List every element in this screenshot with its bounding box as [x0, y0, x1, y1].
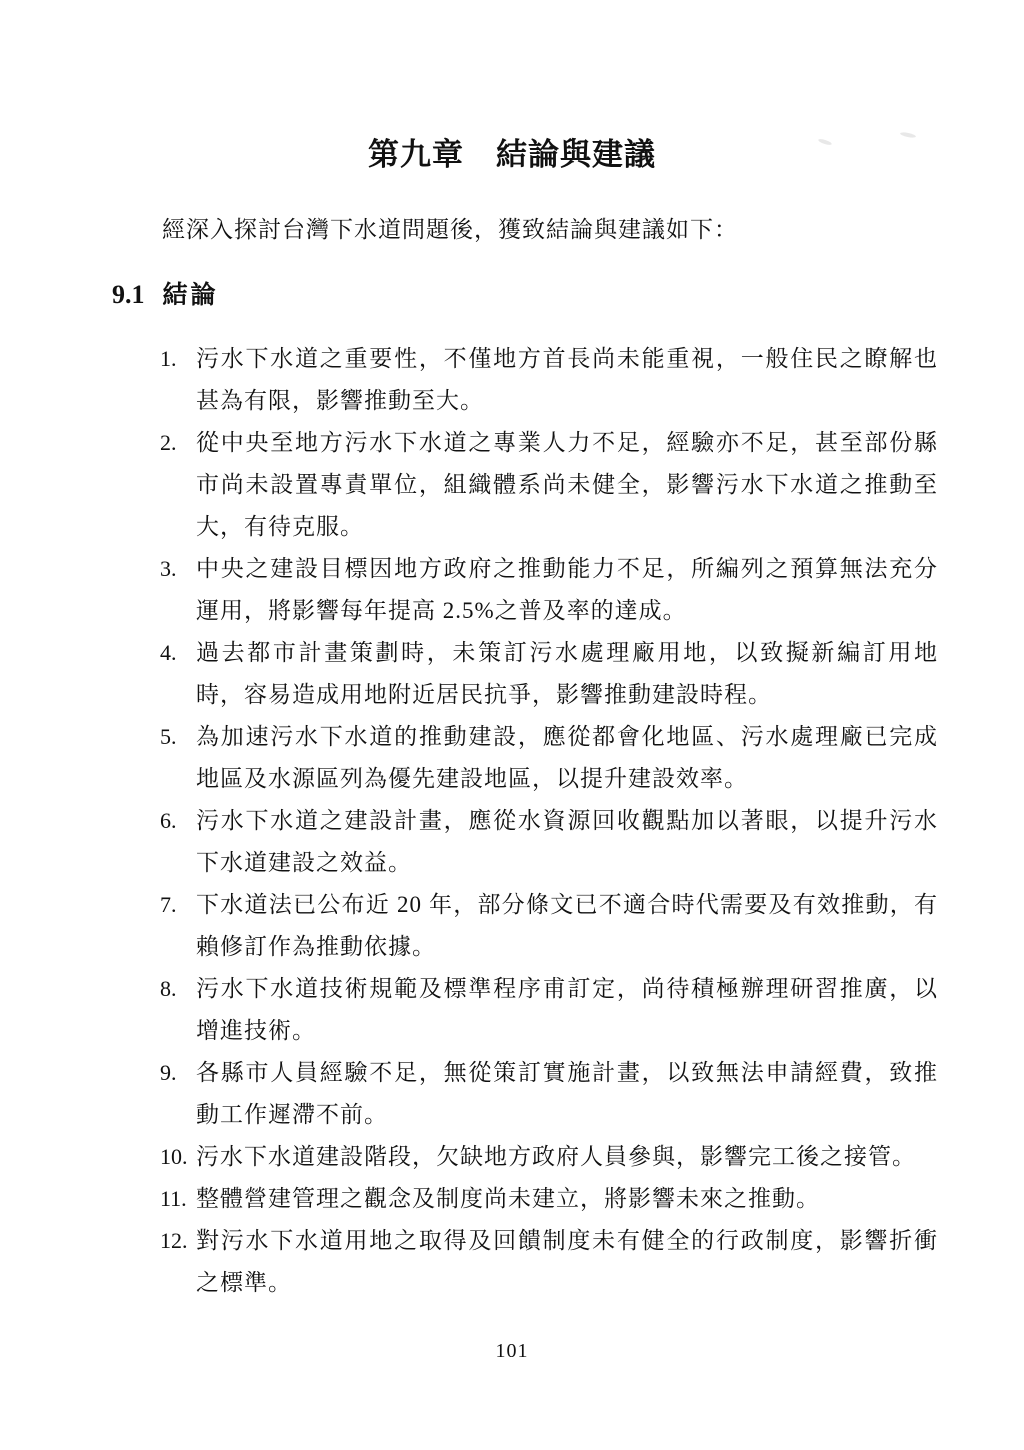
list-item: 6. 污水下水道之建設計畫，應從水資源回收觀點加以著眼，以提升污水下水道建設之效…	[160, 800, 938, 884]
list-item-text: 污水下水道建設階段，欠缺地方政府人員參與，影響完工後之接管。	[196, 1136, 938, 1178]
list-item: 3. 中央之建設目標因地方政府之推動能力不足，所編列之預算無法充分運用，將影響每…	[160, 548, 938, 632]
list-item-text: 過去都市計畫策劃時，未策訂污水處理廠用地，以致擬新編訂用地時，容易造成用地附近居…	[196, 632, 938, 716]
list-item-number: 2.	[160, 422, 196, 464]
list-item: 8. 污水下水道技術規範及標準程序甫訂定，尚待積極辦理研習推廣，以增進技術。	[160, 968, 938, 1052]
list-item-text: 為加速污水下水道的推動建設，應從都會化地區、污水處理廠已完成地區及水源區列為優先…	[196, 716, 938, 800]
page-number: 101	[0, 1340, 1024, 1363]
list-item-text: 污水下水道技術規範及標準程序甫訂定，尚待積極辦理研習推廣，以增進技術。	[196, 968, 938, 1052]
list-item-text: 下水道法已公布近 20 年，部分條文已不適合時代需要及有效推動，有賴修訂作為推動…	[196, 884, 938, 968]
document-page: 第九章 結論與建議 經深入探討台灣下水道問題後，獲致結論與建議如下： 9.1結論…	[0, 0, 1024, 1450]
list-item-text: 從中央至地方污水下水道之專業人力不足，經驗亦不足，甚至部份縣市尚未設置專責單位，…	[196, 422, 938, 548]
list-item-number: 9.	[160, 1052, 196, 1094]
list-item: 5. 為加速污水下水道的推動建設，應從都會化地區、污水處理廠已完成地區及水源區列…	[160, 716, 938, 800]
list-item-number: 12.	[160, 1220, 196, 1262]
intro-paragraph: 經深入探討台灣下水道問題後，獲致結論與建議如下：	[162, 215, 934, 245]
list-item: 2. 從中央至地方污水下水道之專業人力不足，經驗亦不足，甚至部份縣市尚未設置專責…	[160, 422, 938, 548]
list-item: 10. 污水下水道建設階段，欠缺地方政府人員參與，影響完工後之接管。	[160, 1136, 938, 1178]
section-heading: 9.1結論	[112, 279, 1024, 312]
list-item-number: 8.	[160, 968, 196, 1010]
section-number: 9.1	[112, 279, 145, 311]
list-item-number: 6.	[160, 800, 196, 842]
list-item: 7. 下水道法已公布近 20 年，部分條文已不適合時代需要及有效推動，有賴修訂作…	[160, 884, 938, 968]
list-item: 11. 整體營建管理之觀念及制度尚未建立，將影響未來之推動。	[160, 1178, 938, 1220]
list-item-number: 11.	[160, 1178, 196, 1220]
list-item-text: 對污水下水道用地之取得及回饋制度未有健全的行政制度，影響折衝之標準。	[196, 1220, 938, 1304]
list-item-text: 污水下水道之建設計畫，應從水資源回收觀點加以著眼，以提升污水下水道建設之效益。	[196, 800, 938, 884]
conclusion-list: 1. 污水下水道之重要性，不僅地方首長尚未能重視，一般住民之瞭解也甚為有限，影響…	[160, 338, 938, 1304]
chapter-title: 第九章 結論與建議	[0, 0, 1024, 173]
list-item-text: 各縣市人員經驗不足，無從策訂實施計畫，以致無法申請經費，致推動工作遲滯不前。	[196, 1052, 938, 1136]
list-item-number: 10.	[160, 1136, 196, 1178]
list-item: 4. 過去都市計畫策劃時，未策訂污水處理廠用地，以致擬新編訂用地時，容易造成用地…	[160, 632, 938, 716]
list-item-number: 5.	[160, 716, 196, 758]
list-item-number: 3.	[160, 548, 196, 590]
section-title: 結論	[163, 282, 219, 309]
list-item-text: 整體營建管理之觀念及制度尚未建立，將影響未來之推動。	[196, 1178, 938, 1220]
list-item-text: 中央之建設目標因地方政府之推動能力不足，所編列之預算無法充分運用，將影響每年提高…	[196, 548, 938, 632]
list-item: 1. 污水下水道之重要性，不僅地方首長尚未能重視，一般住民之瞭解也甚為有限，影響…	[160, 338, 938, 422]
list-item-text: 污水下水道之重要性，不僅地方首長尚未能重視，一般住民之瞭解也甚為有限，影響推動至…	[196, 338, 938, 422]
list-item: 9. 各縣市人員經驗不足，無從策訂實施計畫，以致無法申請經費，致推動工作遲滯不前…	[160, 1052, 938, 1136]
list-item: 12. 對污水下水道用地之取得及回饋制度未有健全的行政制度，影響折衝之標準。	[160, 1220, 938, 1304]
list-item-number: 1.	[160, 338, 196, 380]
list-item-number: 7.	[160, 884, 196, 926]
list-item-number: 4.	[160, 632, 196, 674]
